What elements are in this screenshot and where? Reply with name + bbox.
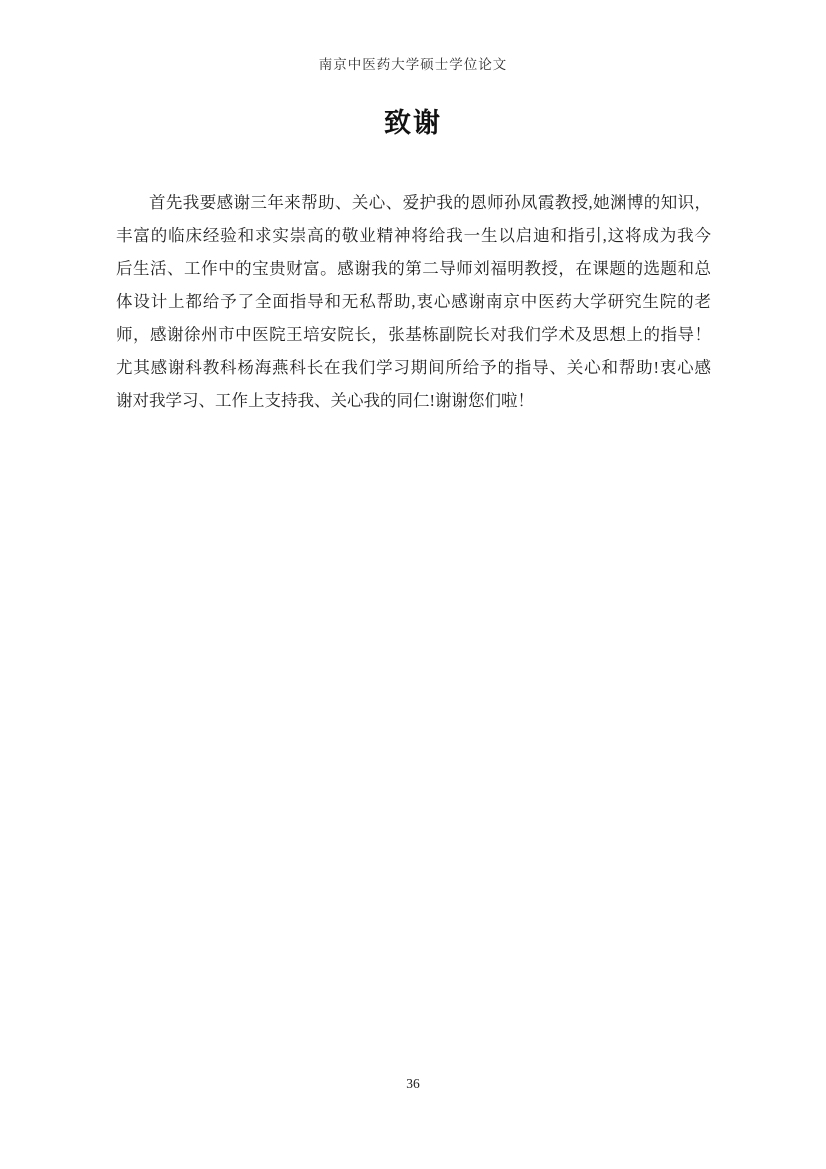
acknowledgments-paragraph: 首先我要感谢三年来帮助、关心、爱护我的恩师孙凤霞教授,她渊博的知识， 丰富的临床… (116, 186, 711, 417)
paragraph-line: 后生活、工作中的宝贵财富。感谢我的第二导师刘福明教授，在课题的选题和总 (116, 252, 711, 285)
paragraph-line: 首先我要感谢三年来帮助、关心、爱护我的恩师孙凤霞教授,她渊博的知识， (116, 186, 711, 219)
paragraph-line: 丰富的临床经验和求实崇高的敬业精神将给我一生以启迪和指引,这将成为我今 (116, 219, 711, 252)
paragraph-line: 谢对我学习、工作上支持我、关心我的同仁!谢谢您们啦！ (116, 384, 711, 417)
page-title: 致谢 (0, 106, 826, 140)
document-page: 南京中医药大学硕士学位论文 致谢 首先我要感谢三年来帮助、关心、爱护我的恩师孙凤… (0, 0, 826, 1169)
paragraph-line: 体设计上都给予了全面指导和无私帮助,衷心感谢南京中医药大学研究生院的老 (116, 285, 711, 318)
paragraph-line: 尤其感谢科教科杨海燕科长在我们学习期间所给予的指导、关心和帮助!衷心感 (116, 351, 711, 384)
page-number: 36 (0, 1075, 826, 1092)
running-header: 南京中医药大学硕士学位论文 (0, 56, 826, 73)
paragraph-line: 师，感谢徐州市中医院王培安院长，张基栋副院长对我们学术及思想上的指导！ (116, 318, 711, 351)
